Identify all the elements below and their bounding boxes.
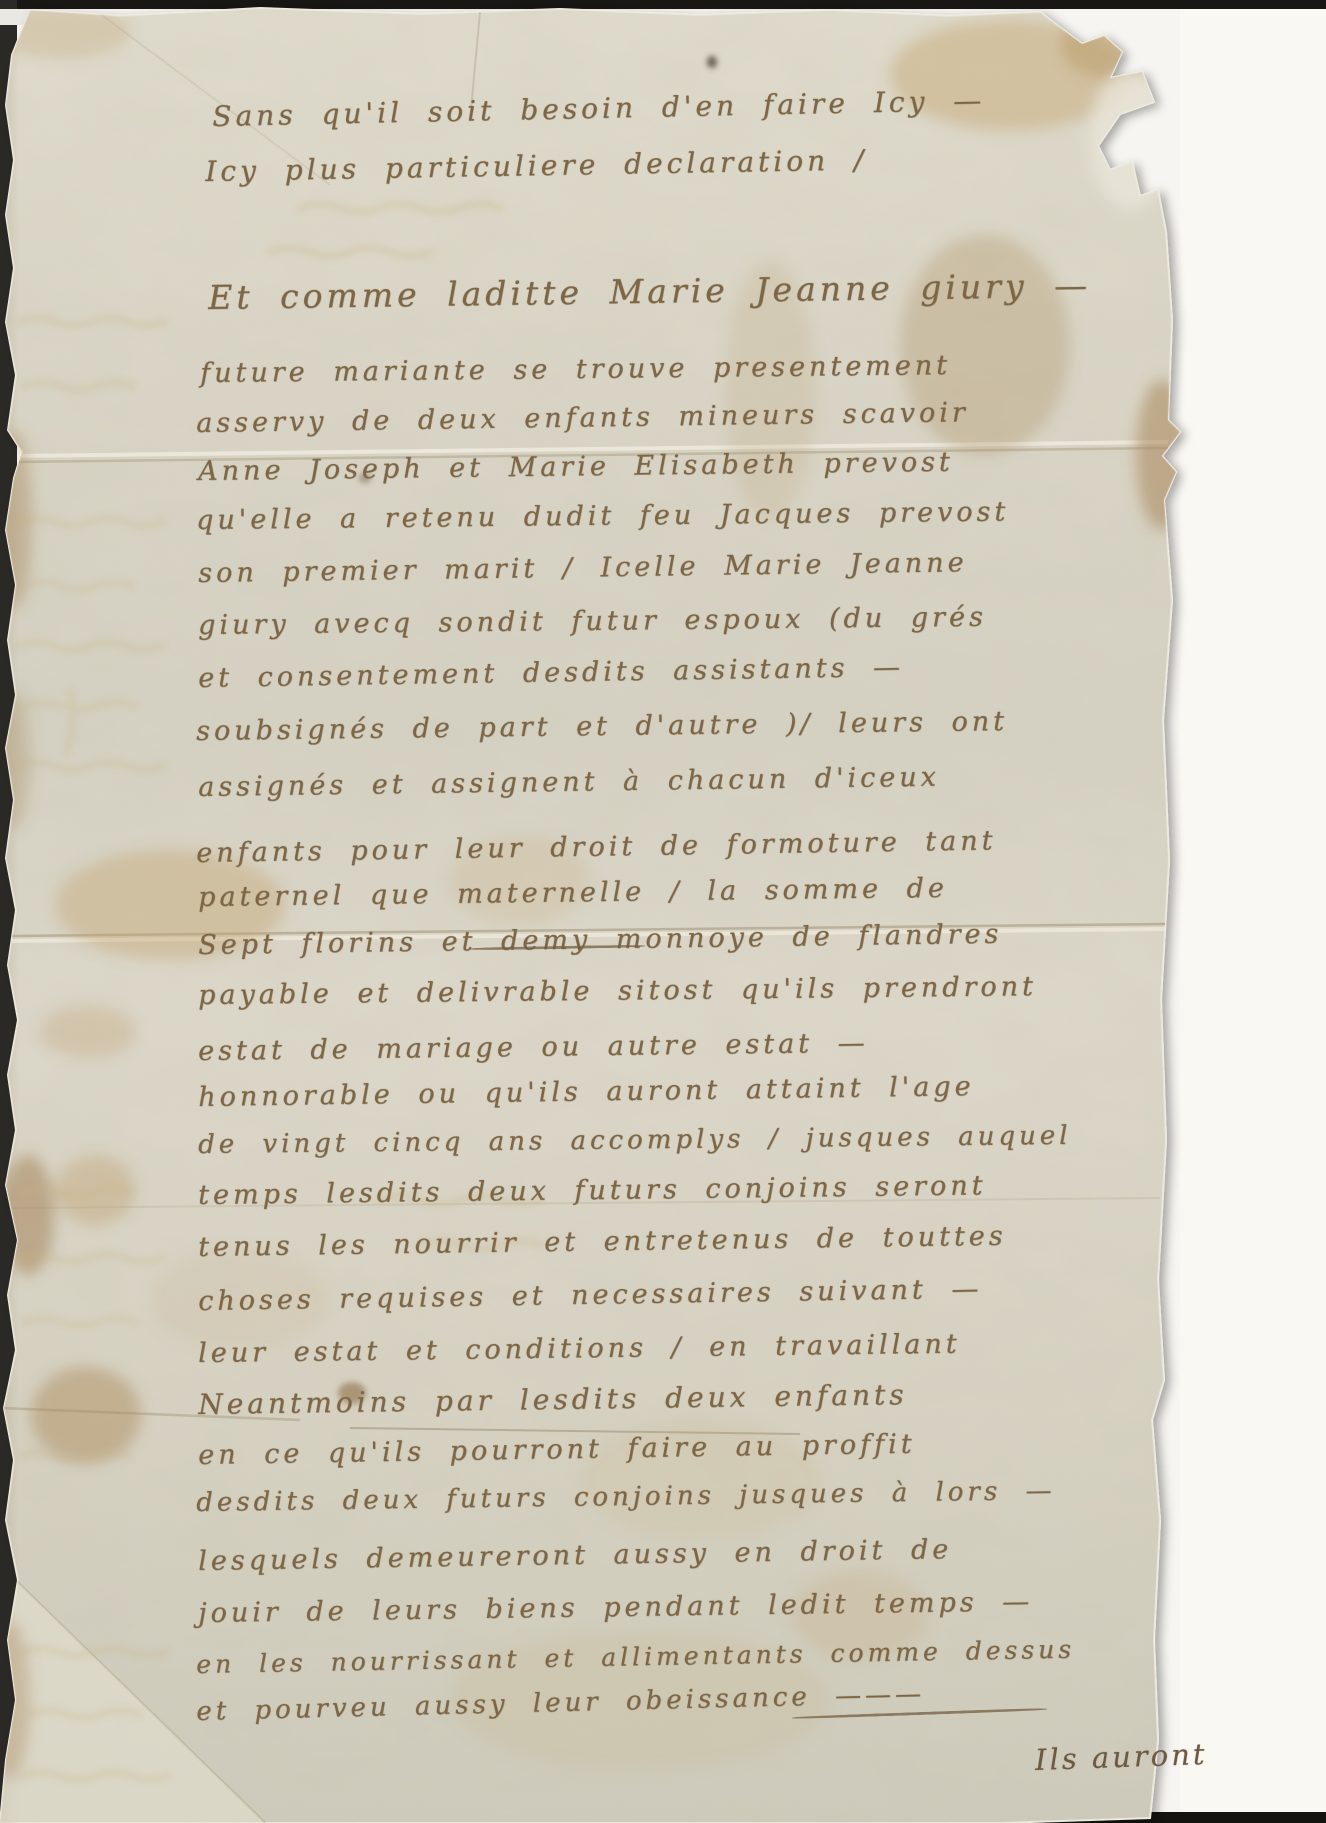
- manuscript-line-9: giury avecq sondit futur espoux (du grés: [198, 602, 987, 641]
- manuscript-line-15: Sept florins et demy monnoye de flandres: [198, 919, 1003, 961]
- manuscript-line-30: et pourveu aussy leur obeissance ———: [196, 1679, 925, 1727]
- manuscript-line-16: payable et delivrable sitost qu'ils pren…: [198, 971, 1037, 1011]
- manuscript-line-25: en ce qu'ils pourront faire au proffit: [198, 1429, 916, 1471]
- manuscript-line-12: assignés et assignent à chacun d'iceux: [198, 762, 940, 803]
- manuscript-line-19: de vingt cincq ans accomplys / jusques a…: [198, 1121, 1072, 1160]
- manuscript-line-5: asservy de deux enfants mineurs scavoir: [196, 397, 969, 439]
- manuscript-line-21: tenus les nourrir et entretenus de toutt…: [198, 1221, 1007, 1263]
- manuscript-line-26: desdits deux futurs conjoins jusques à l…: [196, 1476, 1056, 1518]
- manuscript-line-2: Icy plus particuliere declaration /: [205, 143, 868, 188]
- manuscript-line-29: en les nourrissant et allimentants comme…: [196, 1635, 1075, 1679]
- manuscript-line-11: soubsignés de part et d'autre )/ leurs o…: [196, 706, 1008, 747]
- manuscript-line-10: et consentement desdits assistants —: [198, 652, 904, 694]
- manuscript-text-block: Ils auront Sans qu'il soit besoin d'en f…: [0, 0, 1326, 1823]
- catchword: Ils auront: [1034, 1737, 1208, 1777]
- manuscript-line-27: lesquels demeureront aussy en droit de: [198, 1534, 952, 1577]
- manuscript-line-17: estat de mariage ou autre estat —: [198, 1028, 869, 1067]
- manuscript-line-14: paternel que maternelle / la somme de: [198, 873, 948, 913]
- manuscript-line-7: qu'elle a retenu dudit feu Jacques prevo…: [196, 496, 1009, 536]
- manuscript-line-18: honnorable ou qu'ils auront attaint l'ag…: [198, 1071, 975, 1113]
- manuscript-line-28: jouir de leurs biens pendant ledit temps…: [198, 1586, 1033, 1629]
- manuscript-line-23: leur estat et conditions / en travaillan…: [198, 1329, 961, 1369]
- manuscript-line-1: Sans qu'il soit besoin d'en faire Icy —: [212, 84, 986, 133]
- manuscript-line-13: enfants pour leur droit de formoture tan…: [196, 825, 997, 869]
- manuscript-line-4: future mariante se trouve presentement: [200, 350, 951, 389]
- manuscript-line-20: temps lesdits deux futurs conjoins seron…: [198, 1170, 987, 1211]
- manuscript-scan: Ils auront Sans qu'il soit besoin d'en f…: [0, 0, 1326, 1823]
- manuscript-line-6: Anne Joseph et Marie Elisabeth prevost: [198, 447, 954, 487]
- manuscript-line-22: choses requises et necessaires suivant —: [198, 1274, 983, 1317]
- manuscript-line-24: Neantmoins par lesdits deux enfants: [198, 1378, 908, 1421]
- manuscript-line-3: Et comme laditte Marie Jeanne giury —: [208, 266, 1091, 317]
- manuscript-line-8: son premier marit / Icelle Marie Jeanne: [198, 547, 968, 589]
